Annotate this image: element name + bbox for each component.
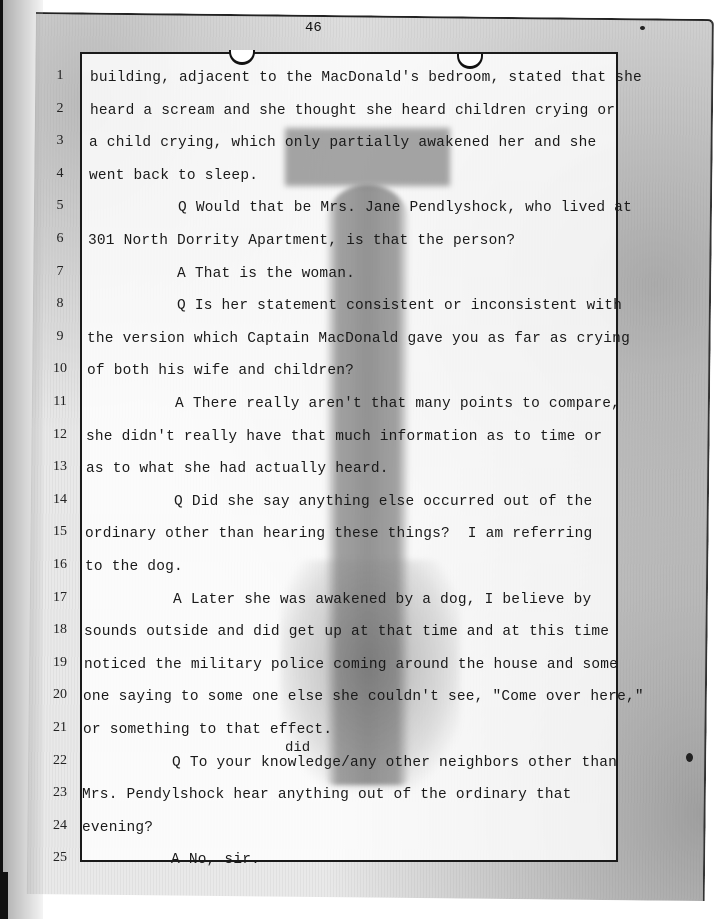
line-number: 16 <box>50 557 70 573</box>
transcript-line: Q Would that be Mrs. Jane Pendlyshock, w… <box>89 200 632 216</box>
line-number: 3 <box>50 133 70 149</box>
line-number: 6 <box>50 231 70 247</box>
scan-border-corner <box>0 872 8 919</box>
line-number: 20 <box>50 687 70 703</box>
scan-speck <box>640 26 645 30</box>
paper-shadow <box>3 0 43 919</box>
line-number: 4 <box>50 166 70 182</box>
line-number: 21 <box>50 720 70 736</box>
transcript-line: went back to sleep. <box>89 168 258 184</box>
transcript-line: sounds outside and did get up at that ti… <box>84 624 609 640</box>
transcript-line: Q Is her statement consistent or inconsi… <box>88 298 622 314</box>
transcript-line: Q To your knowledge/any other neighbors … <box>83 755 617 771</box>
transcript-line: heard a scream and she thought she heard… <box>90 103 615 119</box>
transcript-line: one saying to some one else she couldn't… <box>83 689 644 705</box>
transcript-line: ordinary other than hearing these things… <box>85 526 592 542</box>
line-number: 13 <box>50 459 70 475</box>
transcript-line: A Later she was awakened by a dog, I bel… <box>84 592 591 608</box>
transcript-line: the version which Captain MacDonald gave… <box>87 331 630 347</box>
line-number: 22 <box>50 753 70 769</box>
line-number: 5 <box>50 198 70 214</box>
line-number: 7 <box>50 264 70 280</box>
line-number: 25 <box>50 850 70 866</box>
transcript-line: evening? <box>82 820 153 836</box>
transcript-line: Mrs. Pendylshock hear anything out of th… <box>82 787 572 803</box>
transcript-line: she didn't really have that much informa… <box>86 429 602 445</box>
line-number: 11 <box>50 394 70 410</box>
line-number: 10 <box>50 361 70 377</box>
line-number: 9 <box>50 329 70 345</box>
line-number: 18 <box>50 622 70 638</box>
scan-speck <box>686 753 693 762</box>
transcript-line: building, adjacent to the MacDonald's be… <box>90 70 642 86</box>
line-number: 14 <box>50 492 70 508</box>
line-number: 8 <box>50 296 70 312</box>
line-number: 15 <box>50 524 70 540</box>
transcript-line: or something to that effect. <box>83 722 332 738</box>
line-number: 19 <box>50 655 70 671</box>
line-number: 17 <box>50 590 70 606</box>
page-number: 46 <box>305 20 322 36</box>
transcript-line: a child crying, which only partially awa… <box>89 135 596 151</box>
transcript-line: noticed the military police coming aroun… <box>84 657 618 673</box>
line-number: 23 <box>50 785 70 801</box>
line-number: 12 <box>50 427 70 443</box>
line-number: 24 <box>50 818 70 834</box>
transcript-line: 301 North Dorrity Apartment, is that the… <box>88 233 515 249</box>
transcript-line: A That is the woman. <box>88 266 355 282</box>
transcript-line: to the dog. <box>85 559 183 575</box>
line-number: 2 <box>50 101 70 117</box>
transcript-line: of both his wife and children? <box>87 363 354 379</box>
line-number: 1 <box>50 68 70 84</box>
transcript-line: Q Did she say anything else occurred out… <box>85 494 592 510</box>
transcript-line: A No, sir. <box>82 852 260 868</box>
transcript-line: A There really aren't that many points t… <box>86 396 620 412</box>
handwritten-insertion: did <box>285 740 310 756</box>
transcript-line: as to what she had actually heard. <box>86 461 389 477</box>
